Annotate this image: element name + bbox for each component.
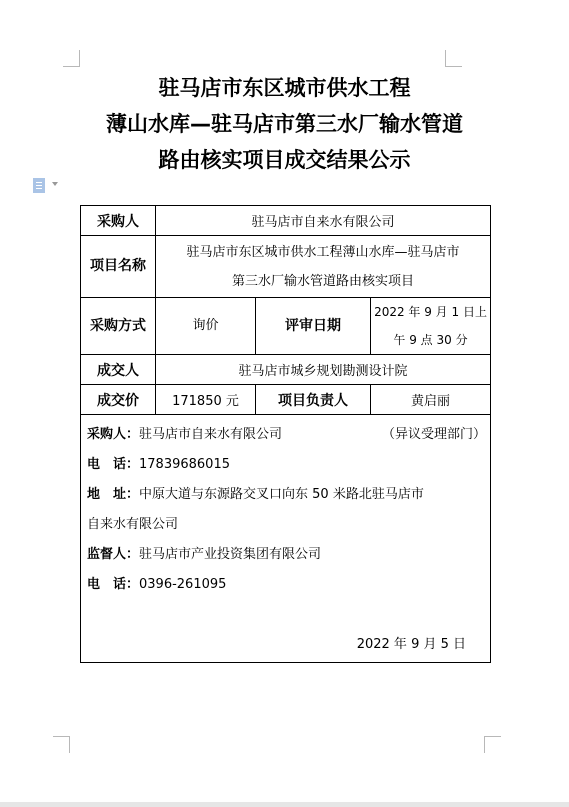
row-price: 成交价 171850 元 项目负责人 黄启丽	[81, 385, 491, 415]
manager-value: 黄启丽	[371, 385, 491, 415]
purchaser-value: 驻马店市自来水有限公司	[156, 206, 491, 236]
info-supervisor-value: 驻马店市产业投资集团有限公司	[139, 547, 321, 562]
row-winner: 成交人 驻马店市城乡规划勘测设计院	[81, 355, 491, 385]
page-corner-mark-bottom-right	[484, 736, 501, 753]
page-corner-mark-bottom-left	[53, 736, 70, 753]
info-phone-2: 电 话：0396-261095	[87, 570, 486, 600]
info-phone-1: 电 话：17839686015	[87, 450, 486, 480]
result-table: 采购人 驻马店市自来水有限公司 项目名称 驻马店市东区城市供水工程薄山水库—驻马…	[80, 205, 491, 663]
info-supervisor-label: 监督人：	[87, 547, 139, 562]
row-info: 采购人：驻马店市自来水有限公司 （异议受理部门） 电 话：17839686015…	[81, 415, 491, 663]
paste-options-document-icon[interactable]	[33, 178, 45, 193]
winner-value: 驻马店市城乡规划勘测设计院	[156, 355, 491, 385]
document-title: 驻马店市东区城市供水工程 薄山水库—驻马店市第三水厂输水管道 路由核实项目成交结…	[0, 70, 569, 178]
review-date-label: 评审日期	[256, 298, 371, 355]
method-value: 询价	[156, 298, 256, 355]
info-phone-1-label: 电 话：	[87, 457, 139, 472]
project-name-value: 驻马店市东区城市供水工程薄山水库—驻马店市 第三水厂输水管道路由核实项目	[156, 236, 491, 298]
price-value: 171850 元	[156, 385, 256, 415]
objection-dept-note: （异议受理部门）	[382, 420, 486, 450]
method-label: 采购方式	[81, 298, 156, 355]
project-name-line-1: 驻马店市东区城市供水工程薄山水库—驻马店市	[156, 238, 490, 267]
price-label: 成交价	[81, 385, 156, 415]
title-line-1: 驻马店市东区城市供水工程	[0, 70, 569, 106]
info-address: 地 址：中原大道与东源路交叉口向东 50 米路北驻马店市	[87, 480, 486, 510]
winner-label: 成交人	[81, 355, 156, 385]
title-line-2: 薄山水库—驻马店市第三水厂输水管道	[0, 106, 569, 142]
info-phone-2-value: 0396-261095	[139, 577, 226, 592]
purchaser-label: 采购人	[81, 206, 156, 236]
info-purchaser-label: 采购人：	[87, 427, 139, 442]
row-project-name: 项目名称 驻马店市东区城市供水工程薄山水库—驻马店市 第三水厂输水管道路由核实项…	[81, 236, 491, 298]
project-name-line-2: 第三水厂输水管道路由核实项目	[156, 267, 490, 296]
row-purchaser: 采购人 驻马店市自来水有限公司	[81, 206, 491, 236]
title-line-3: 路由核实项目成交结果公示	[0, 142, 569, 178]
project-name-label: 项目名称	[81, 236, 156, 298]
review-date-value: 2022 年 9 月 1 日上 午 9 点 30 分	[371, 298, 491, 355]
info-phone-2-label: 电 话：	[87, 577, 139, 592]
info-purchaser-value: 驻马店市自来水有限公司	[139, 427, 282, 442]
page-bottom-edge	[0, 802, 569, 807]
review-date-line-2: 午 9 点 30 分	[371, 326, 490, 354]
info-purchaser: 采购人：驻马店市自来水有限公司 （异议受理部门）	[87, 420, 486, 450]
row-method: 采购方式 询价 评审日期 2022 年 9 月 1 日上 午 9 点 30 分	[81, 298, 491, 355]
page-corner-mark-top-left	[63, 50, 80, 67]
info-phone-1-value: 17839686015	[139, 457, 230, 472]
review-date-line-1: 2022 年 9 月 1 日上	[371, 298, 490, 326]
info-address-line-2: 自来水有限公司	[87, 510, 486, 540]
page-corner-mark-top-right	[445, 50, 462, 67]
paste-options-dropdown-icon[interactable]	[52, 182, 58, 186]
contact-info: 采购人：驻马店市自来水有限公司 （异议受理部门） 电 话：17839686015…	[81, 415, 491, 663]
info-address-value-1: 中原大道与东源路交叉口向东 50 米路北驻马店市	[139, 487, 424, 502]
manager-label: 项目负责人	[256, 385, 371, 415]
announcement-date: 2022 年 9 月 5 日	[87, 630, 486, 660]
info-supervisor: 监督人：驻马店市产业投资集团有限公司	[87, 540, 486, 570]
info-address-label: 地 址：	[87, 487, 139, 502]
